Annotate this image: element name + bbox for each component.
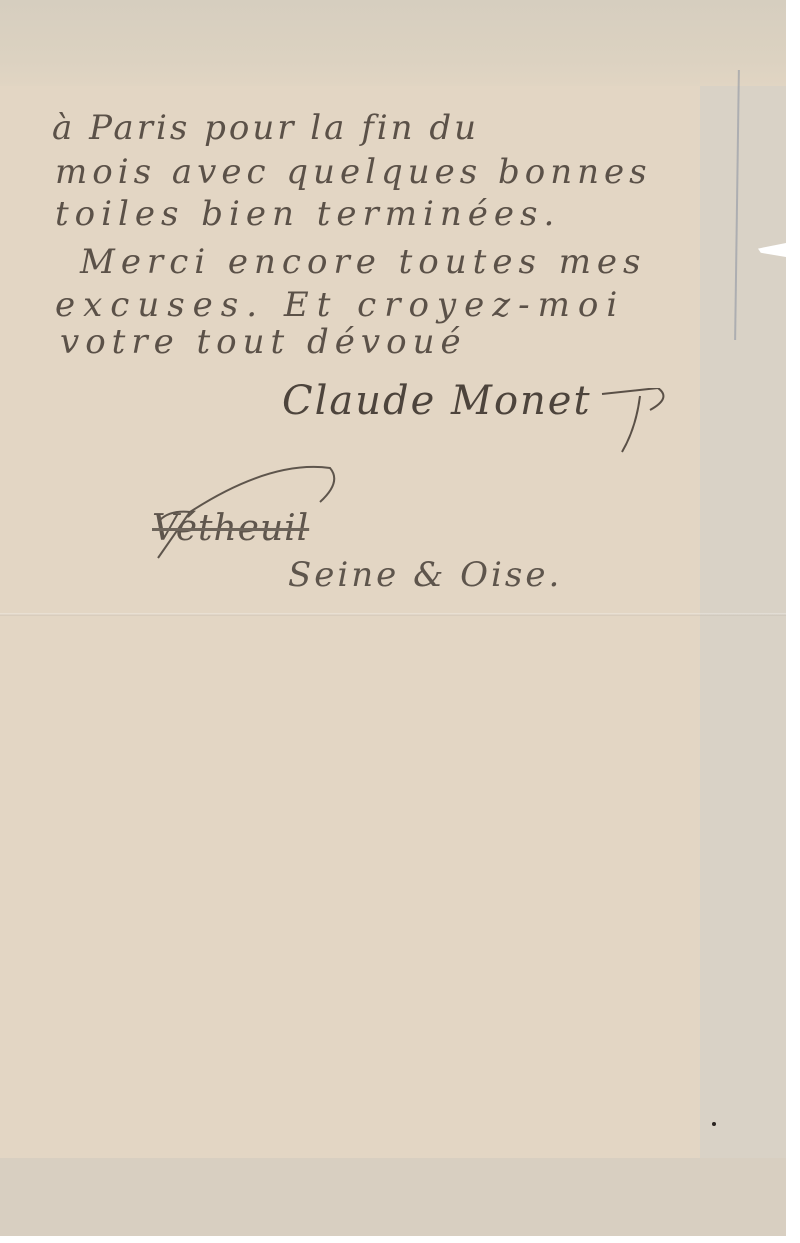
letter-line-2: mois avec quelques bonnes	[55, 152, 652, 192]
letter-line-4: Merci encore toutes mes	[80, 242, 647, 282]
letter-line-1: à Paris pour la fin du	[52, 108, 479, 148]
letter-sheet: à Paris pour la fin du mois avec quelque…	[0, 0, 786, 1236]
letter-line-5: excuses. Et croyez-moi	[55, 285, 625, 325]
ink-spot	[712, 1122, 716, 1126]
signature-flourish	[600, 388, 670, 458]
paper-top-band	[0, 0, 786, 86]
address-town-struck: Vétheuil	[152, 508, 309, 549]
signature: Claude Monet	[282, 378, 592, 424]
paper-bottom-band	[0, 1158, 786, 1236]
letter-line-3: toiles bien terminées.	[55, 194, 560, 234]
address-region: Seine & Oise.	[288, 555, 562, 595]
letter-line-6: votre tout dévoué	[60, 322, 467, 362]
horizontal-fold-line	[0, 613, 786, 616]
